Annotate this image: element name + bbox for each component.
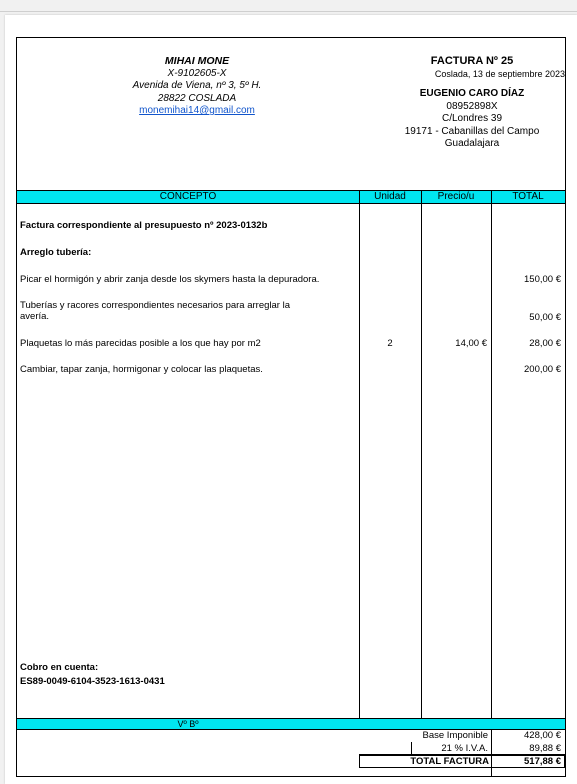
section-title: Arreglo tubería: <box>20 247 91 259</box>
invoice-header: FACTURA Nº 25 Coslada, 13 de septiembre … <box>377 55 567 151</box>
intro-line: Factura correspondiente al presupuesto n… <box>20 220 267 232</box>
line-item-total: 28,00 € <box>493 338 561 349</box>
line-item-units: 2 <box>359 338 421 349</box>
line-item-total: 200,00 € <box>493 364 561 375</box>
line-item-concept: Plaquetas lo más parecidas posible a los… <box>20 338 261 350</box>
approval-bar: Vº Bº <box>17 718 565 730</box>
client-city: 19171 - Cabanillas del Campo <box>377 126 567 139</box>
issuer-id: X-9102605-X <box>107 68 287 81</box>
issuer-name: MIHAI MONE <box>107 55 287 68</box>
table-header: CONCEPTO Unidad Precio/u TOTAL <box>17 190 565 204</box>
iva-value: 89,88 € <box>493 743 561 754</box>
line-item-concept: Tuberías y racores correspondientes nece… <box>20 300 290 312</box>
line-item-concept-cont: avería. <box>20 311 49 323</box>
iban: ES89-0049-6104-3523-1613-0431 <box>20 676 165 688</box>
total-value: 517,88 € <box>493 756 561 767</box>
payment-label: Cobro en cuenta: <box>20 662 98 674</box>
header-concept: CONCEPTO <box>17 191 359 203</box>
header-total: TOTAL <box>491 191 565 203</box>
invoice-date: Coslada, 13 de septiembre 2023 <box>377 68 567 81</box>
column-divider <box>421 190 422 718</box>
header-units: Unidad <box>359 191 421 203</box>
invoice-title: FACTURA Nº 25 <box>377 55 567 68</box>
line-item-concept: Cambiar, tapar zanja, hormigonar y coloc… <box>20 364 263 376</box>
viewer-top-border <box>0 11 577 12</box>
document-page: MIHAI MONE X-9102605-X Avenida de Viena,… <box>5 15 577 784</box>
base-label: Base Imponible <box>412 730 488 741</box>
iva-label: 21 % I.V.A. <box>412 743 488 754</box>
column-divider <box>491 190 492 776</box>
issuer-email-link[interactable]: monemihai14@gmail.com <box>139 105 255 116</box>
client-id: 08952898X <box>377 101 567 114</box>
vb-label: Vº Bº <box>17 719 359 729</box>
line-item-concept: Picar el hormigón y abrir zanja desde lo… <box>20 274 319 286</box>
line-item-price: 14,00 € <box>423 338 487 349</box>
invoice-frame: MIHAI MONE X-9102605-X Avenida de Viena,… <box>16 37 566 777</box>
issuer-city: 28822 COSLADA <box>107 93 287 106</box>
totals-divider <box>411 742 412 754</box>
client-address: C/Londres 39 <box>377 113 567 126</box>
header-price: Precio/u <box>421 191 491 203</box>
total-label: TOTAL FACTURA <box>361 756 489 767</box>
column-divider <box>359 190 360 730</box>
line-item-total: 150,00 € <box>493 274 561 285</box>
issuer-block: MIHAI MONE X-9102605-X Avenida de Viena,… <box>107 55 287 118</box>
client-name: EUGENIO CARO DÍAZ <box>377 88 567 101</box>
client-province: Guadalajara <box>377 138 567 151</box>
line-item-total: 50,00 € <box>493 312 561 323</box>
base-value: 428,00 € <box>493 730 561 741</box>
issuer-address: Avenida de Viena, nº 3, 5º H. <box>107 80 287 93</box>
